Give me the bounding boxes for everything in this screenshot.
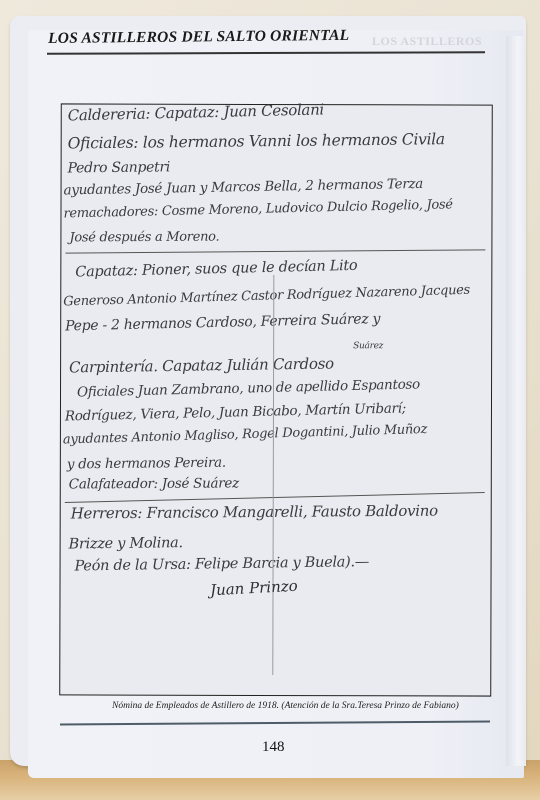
manuscript-line: Pepe - 2 hermanos Cardoso, Ferreira Suár… xyxy=(65,311,380,334)
page-number: 148 xyxy=(262,739,285,756)
manuscript-annotation: Suárez xyxy=(353,341,383,351)
manuscript-line: Oficiales Juan Zambrano, uno de apellido… xyxy=(77,376,420,400)
manuscript-line: Capataz: Pioner, suos que le decían Lito xyxy=(75,258,357,281)
manuscript-line: Generoso Antonio Martínez Castor Rodrígu… xyxy=(63,283,470,310)
manuscript-line: Calafateador: José Suárez xyxy=(69,475,239,492)
manuscript-line: Pedro Sanpetri xyxy=(68,159,171,176)
page-edge xyxy=(506,36,526,766)
manuscript-frame: Caldereria: Capataz: Juan Cesolani Ofici… xyxy=(59,103,493,696)
manuscript-line: Caldereria: Capataz: Juan Cesolani xyxy=(68,100,325,124)
manuscript-line: Oficiales: los hermanos Vanni los herman… xyxy=(68,130,445,152)
manuscript-line: remachadores: Cosme Moreno, Ludovico Dul… xyxy=(63,197,453,221)
manuscript-line: y dos hermanos Pereira. xyxy=(67,455,226,473)
facing-page-header-ghost: LOS ASTILLEROS xyxy=(372,34,482,49)
fold-crease xyxy=(272,275,274,675)
manuscript-line: ayudantes Antonio Magliso, Rogel Doganti… xyxy=(63,422,428,447)
manuscript-line: Brizze y Molina. xyxy=(69,535,183,552)
manuscript-line: Herreros: Francisco Mangarelli, Fausto B… xyxy=(71,502,438,523)
figure-caption: Nómina de Empleados de Astillero de 1918… xyxy=(112,701,492,711)
manuscript-line: Carpintería. Capataz Julián Cardoso xyxy=(69,355,334,377)
manuscript-line: Rodríguez, Viera, Pelo, Juan Bicabo, Mar… xyxy=(65,400,406,424)
section-divider xyxy=(65,249,485,253)
manuscript-line: Peón de la Ursa: Felipe Barcia y Buela).… xyxy=(74,554,369,574)
manuscript-line: José después a Moreno. xyxy=(69,230,219,246)
manuscript-line: ayudantes José Juan y Marcos Bella, 2 he… xyxy=(63,176,423,199)
